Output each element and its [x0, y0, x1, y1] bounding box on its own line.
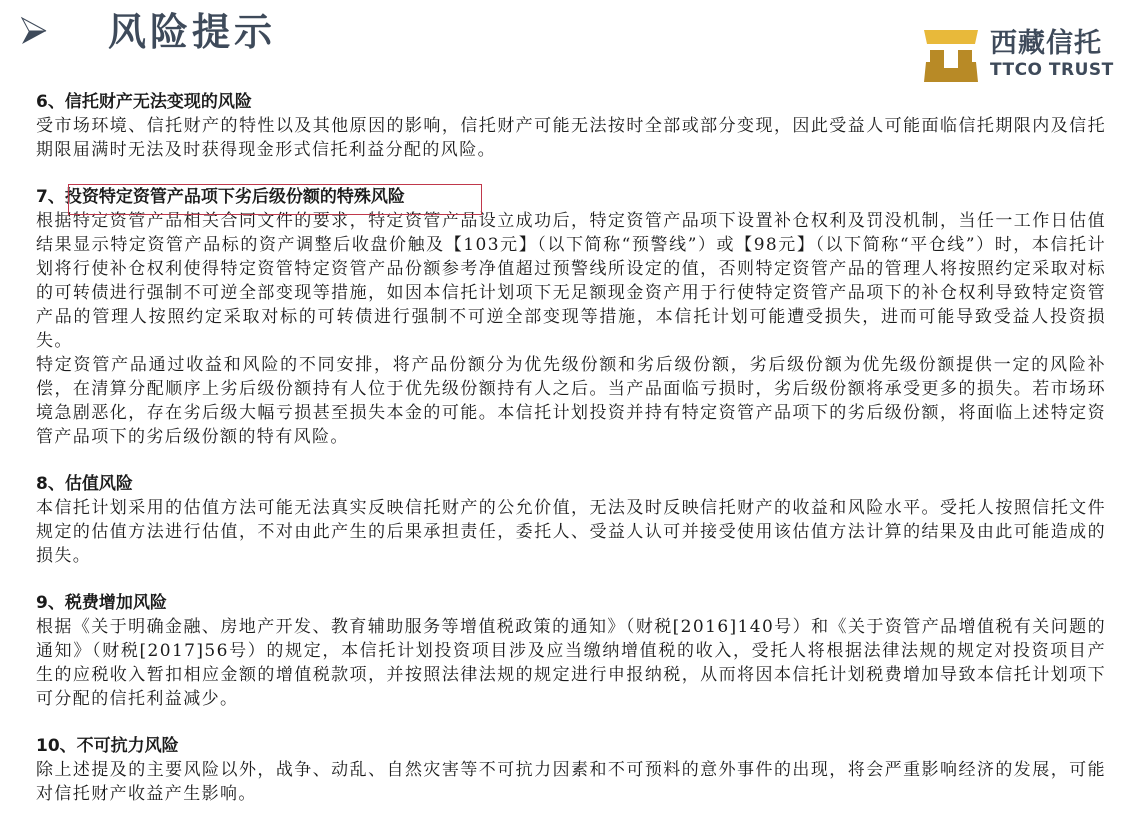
section-paragraph: 根据《关于明确金融、房地产开发、教育辅助服务等增值税政策的通知》（财税[2016…: [36, 615, 1106, 711]
section-gap: [36, 449, 1106, 472]
section-title: 6、信托财产无法变现的风险: [36, 90, 1106, 114]
section-gap: [36, 162, 1106, 185]
page-title: 风险提示: [108, 8, 276, 56]
company-logo: 西藏信托 TTCO TRUST: [922, 28, 1117, 84]
section-paragraph: 特定资管产品通过收益和风险的不同安排，将产品份额分为优先级份额和劣后级份额，劣后…: [36, 353, 1106, 449]
section-paragraph: 根据特定资管产品相关合同文件的要求，特定资管产品设立成功后，特定资管产品项下设置…: [36, 209, 1106, 353]
section-heading: 税费增加风险: [65, 593, 167, 613]
risk-section-8: 8、估值风险 本信托计划采用的估值方法可能无法真实反映信托财产的公允价值，无法及…: [36, 472, 1106, 568]
section-gap: [36, 568, 1106, 591]
section-heading: 估值风险: [65, 474, 133, 494]
section-number: 7、: [36, 187, 65, 207]
logo-text-en: TTCO TRUST: [990, 60, 1114, 80]
section-gap: [36, 711, 1106, 734]
section-paragraph: 受市场环境、信托财产的特性以及其他原因的影响，信托财产可能无法按时全部或部分变现…: [36, 114, 1106, 162]
section-paragraph: 除上述提及的主要风险以外，战争、动乱、自然灾害等不可抗力因素和不可预料的意外事件…: [36, 758, 1106, 806]
risk-section-6: 6、信托财产无法变现的风险 受市场环境、信托财产的特性以及其他原因的影响，信托财…: [36, 90, 1106, 162]
risk-section-9: 9、税费增加风险 根据《关于明确金融、房地产开发、教育辅助服务等增值税政策的通知…: [36, 591, 1106, 711]
logo-text-cn: 西藏信托: [990, 28, 1102, 60]
section-title: 10、不可抗力风险: [36, 734, 1106, 758]
risk-section-10: 10、不可抗力风险 除上述提及的主要风险以外，战争、动乱、自然灾害等不可抗力因素…: [36, 734, 1106, 806]
section-heading: 不可抗力风险: [77, 736, 179, 756]
section-number: 6、: [36, 92, 65, 112]
section-paragraph: 本信托计划采用的估值方法可能无法真实反映信托财产的公允价值，无法及时反映信托财产…: [36, 496, 1106, 568]
section-title: 8、估值风险: [36, 472, 1106, 496]
section-number: 8、: [36, 474, 65, 494]
risk-content: 6、信托财产无法变现的风险 受市场环境、信托财产的特性以及其他原因的影响，信托财…: [36, 90, 1106, 806]
risk-section-7: 7、投资特定资管产品项下劣后级份额的特殊风险 根据特定资管产品相关合同文件的要求…: [36, 185, 1106, 449]
section-number: 9、: [36, 593, 65, 613]
slide-header: 风险提示 西藏信托 TTCO TRUST: [0, 0, 1135, 90]
section-heading: 投资特定资管产品项下劣后级份额的特殊风险: [65, 187, 405, 207]
logo-mark-icon: [922, 28, 980, 82]
section-title: 7、投资特定资管产品项下劣后级份额的特殊风险: [36, 185, 1106, 209]
section-heading: 信托财产无法变现的风险: [65, 92, 252, 112]
section-title: 9、税费增加风险: [36, 591, 1106, 615]
section-number: 10、: [36, 736, 77, 756]
arrow-right-icon: [20, 16, 48, 46]
